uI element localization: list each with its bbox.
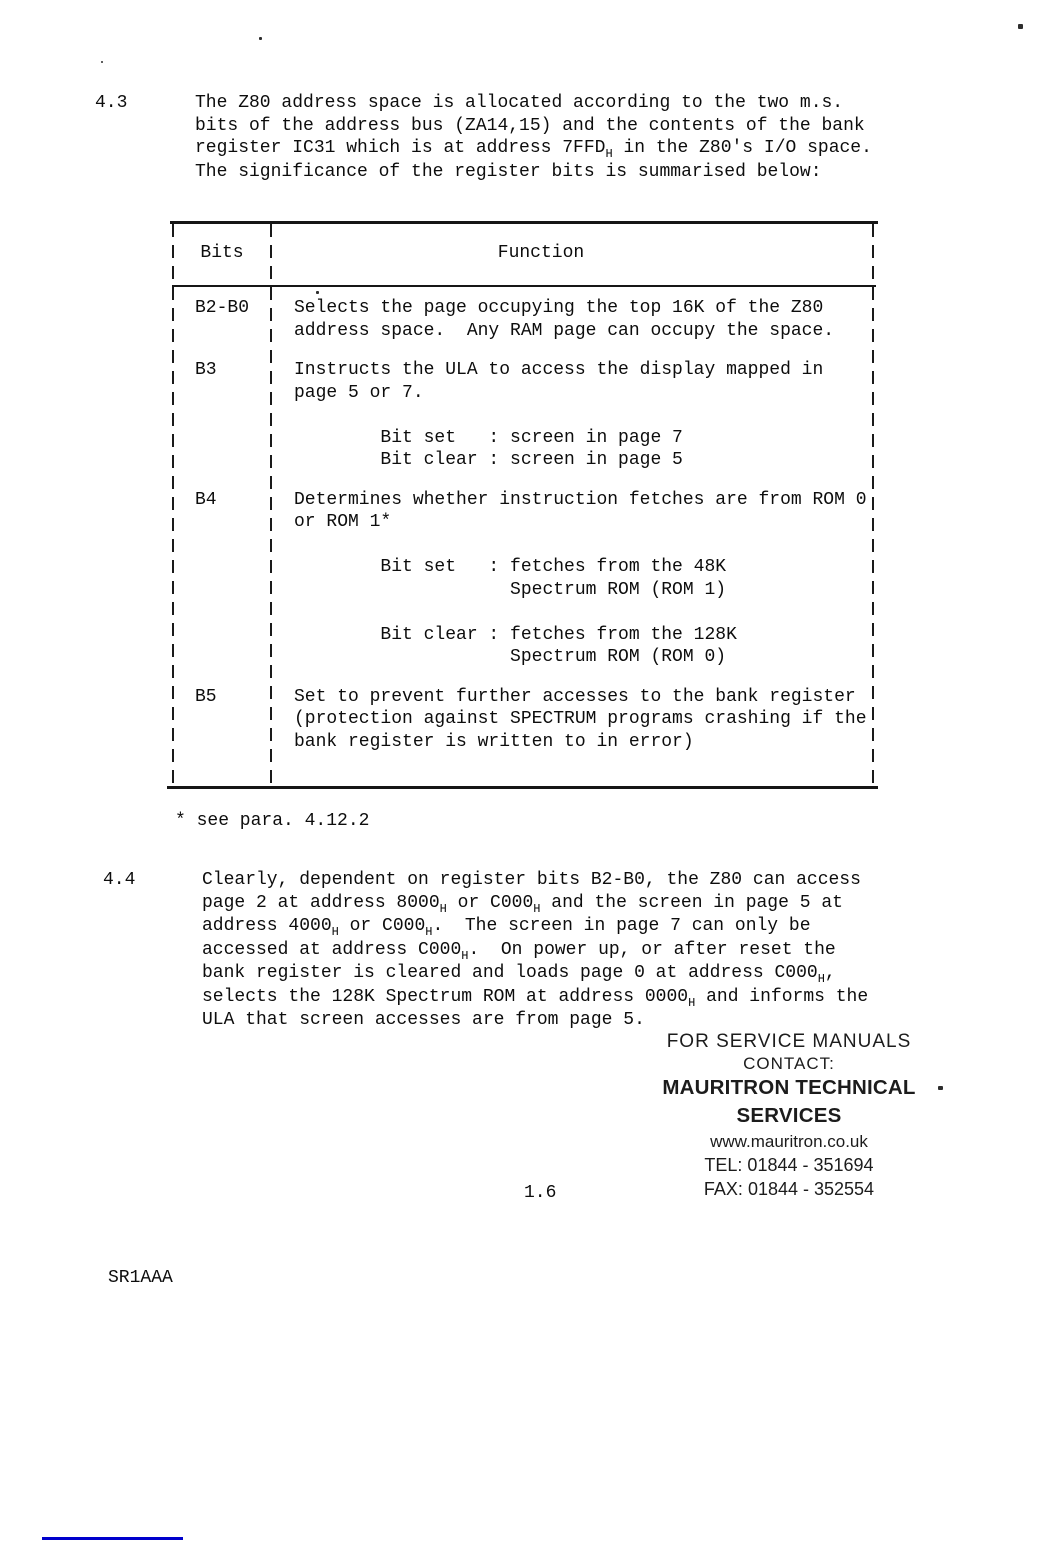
table-row: B2-B0Selects the page occupying the top … (172, 297, 876, 342)
hex-subscript: H (425, 925, 432, 939)
stamp-telephone: TEL: 01844 - 351694 (619, 1153, 959, 1177)
table-row: B4Determines whether instruction fetches… (172, 489, 876, 669)
table-bottom-border (167, 786, 878, 789)
bits-cell: B5 (172, 686, 272, 754)
document-reference: SR1AAA (108, 1267, 173, 1290)
bits-cell: B3 (172, 359, 272, 472)
table-row: B3Instructs the ULA to access the displa… (172, 359, 876, 472)
bits-cell: B4 (172, 489, 272, 669)
text-line: bits of the address bus (ZA14,15) and th… (195, 115, 872, 138)
scan-speck (101, 61, 103, 63)
hex-subscript: H (332, 925, 339, 939)
text-line: register IC31 which is at address 7FFDH … (195, 137, 872, 161)
hex-subscript: H (461, 949, 468, 963)
function-cell: Set to prevent further accesses to the b… (272, 686, 867, 754)
stamp-company-name: MAURITRON TECHNICAL SERVICES (619, 1074, 959, 1130)
scan-speck (1018, 24, 1023, 29)
function-cell: Instructs the ULA to access the display … (272, 359, 823, 472)
service-contact-stamp: FOR SERVICE MANUALS CONTACT: MAURITRON T… (619, 1031, 959, 1201)
stamp-line-for-service-manuals: FOR SERVICE MANUALS (619, 1031, 959, 1053)
table-top-border (170, 221, 878, 224)
function-cell: Selects the page occupying the top 16K o… (272, 297, 834, 342)
scan-speck (259, 37, 262, 40)
scanned-manual-page: 4.3 The Z80 address space is allocated a… (0, 0, 1053, 1542)
stamp-fax: FAX: 01844 - 352554 (619, 1177, 959, 1201)
table-header-separator (172, 285, 876, 287)
section-44-number: 4.4 (103, 869, 135, 892)
text-line: accessed at address C000H. On power up, … (202, 939, 868, 963)
section-43-paragraph: The Z80 address space is allocated accor… (195, 92, 872, 183)
function-cell: Determines whether instruction fetches a… (272, 489, 867, 669)
table-header-bits: Bits (174, 243, 270, 263)
text-line: The Z80 address space is allocated accor… (195, 92, 872, 115)
hex-subscript: H (440, 902, 447, 916)
text-line: Clearly, dependent on register bits B2-B… (202, 869, 868, 892)
text-line: selects the 128K Spectrum ROM at address… (202, 986, 868, 1010)
stamp-website: www.mauritron.co.uk (619, 1130, 959, 1153)
page-number: 1.6 (524, 1182, 556, 1205)
scan-speck (316, 291, 319, 294)
table-row: B5Set to prevent further accesses to the… (172, 686, 876, 754)
text-line: bank register is cleared and loads page … (202, 962, 868, 986)
blue-underline-mark (42, 1537, 183, 1540)
section-43-number: 4.3 (95, 92, 127, 115)
hex-subscript: H (818, 972, 825, 986)
text-line: The significance of the register bits is… (195, 161, 872, 184)
bits-cell: B2-B0 (172, 297, 272, 342)
text-line: ULA that screen accesses are from page 5… (202, 1009, 868, 1032)
hex-subscript: H (688, 996, 695, 1010)
text-line: address 4000H or C000H. The screen in pa… (202, 915, 868, 939)
table-header-function: Function (272, 243, 872, 263)
section-44-paragraph: Clearly, dependent on register bits B2-B… (202, 869, 868, 1032)
hex-subscript: H (605, 147, 612, 161)
hex-subscript: H (533, 902, 540, 916)
stamp-line-contact: CONTACT: (619, 1053, 959, 1074)
text-line: page 2 at address 8000H or C000H and the… (202, 892, 868, 916)
register-bits-table: B2-B0Selects the page occupying the top … (172, 297, 876, 770)
footnote: * see para. 4.12.2 (175, 810, 369, 833)
